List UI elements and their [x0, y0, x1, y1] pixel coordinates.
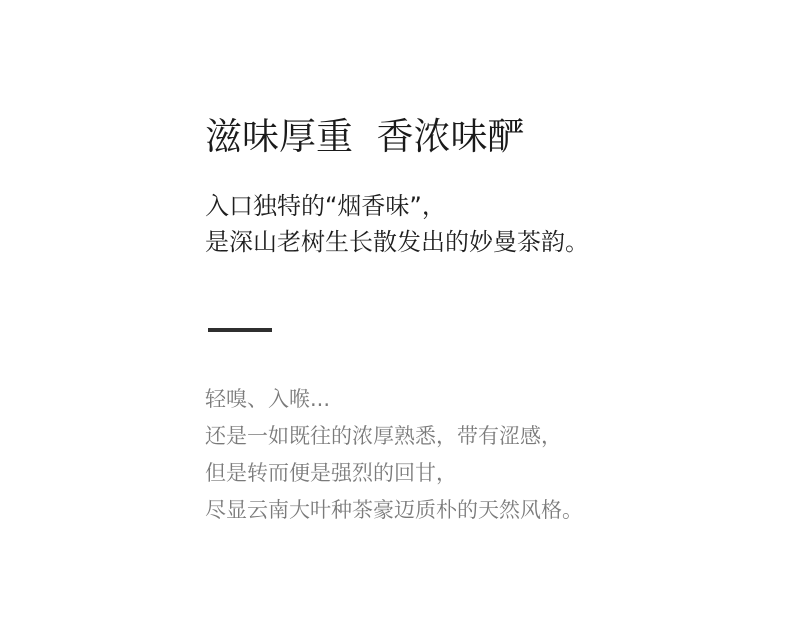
body-paragraph: 轻嗅、入喉... 还是一如既往的浓厚熟悉，带有涩感， 但是转而便是强烈的回甘， …	[205, 381, 583, 529]
page-title: 滋味厚重 香浓味酽	[205, 113, 525, 161]
body-line: 尽显云南大叶种茶豪迈质朴的天然风格。	[205, 492, 583, 529]
body-line: 但是转而便是强烈的回甘，	[205, 455, 583, 492]
body-line: 轻嗅、入喉...	[205, 381, 583, 418]
subtitle-line: 是深山老树生长散发出的妙曼茶韵。	[205, 224, 589, 260]
body-line: 还是一如既往的浓厚熟悉，带有涩感，	[205, 418, 583, 455]
section-divider	[208, 328, 272, 332]
tea-description-panel: 滋味厚重 香浓味酽 入口独特的“烟香味”， 是深山老树生长散发出的妙曼茶韵。 轻…	[0, 0, 790, 630]
subtitle-text: 入口独特的“烟香味”， 是深山老树生长散发出的妙曼茶韵。	[205, 188, 589, 260]
subtitle-line: 入口独特的“烟香味”，	[205, 188, 589, 224]
